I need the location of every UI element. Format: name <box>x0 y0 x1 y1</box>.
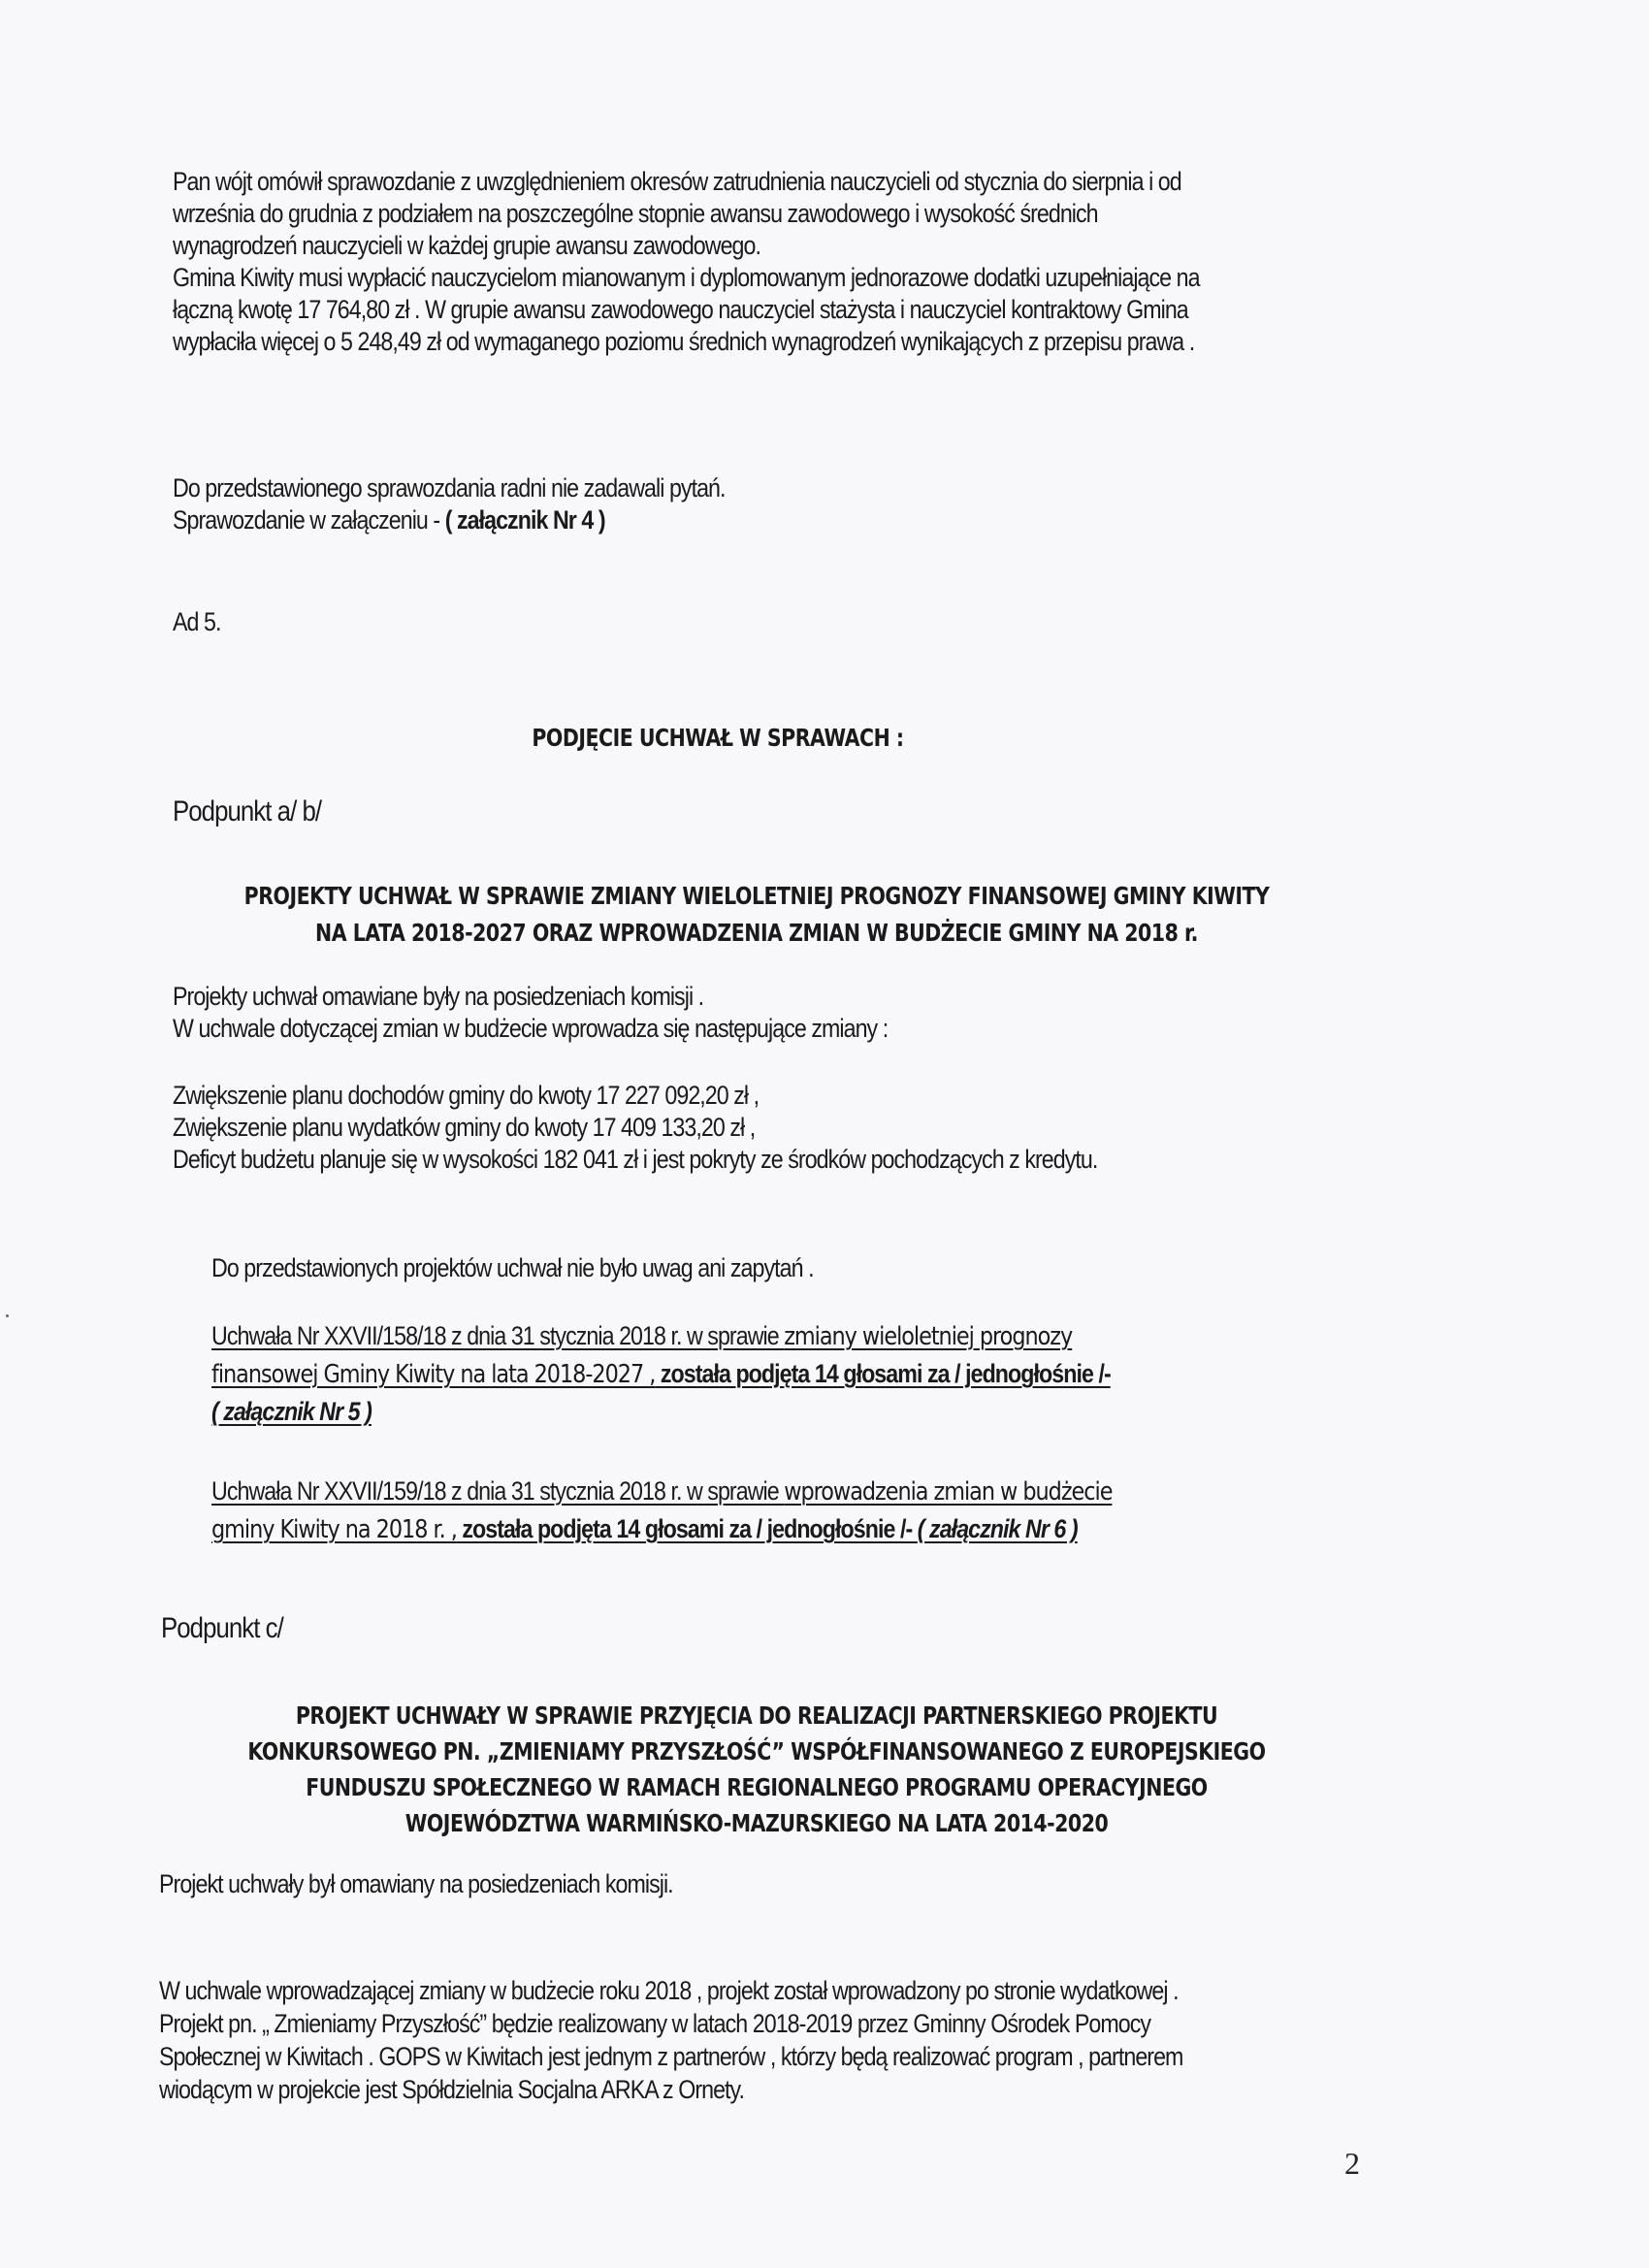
title-line: PROJEKTY UCHWAŁ W SPRAWIE ZMIANY WIELOLE… <box>240 878 1274 915</box>
page-number: 2 <box>1344 2146 1360 2182</box>
resolution-vote: została podjęta 14 głosami za / jednogło… <box>457 1514 918 1543</box>
text-line: Projekt uchwały był omawiany na posiedze… <box>159 1868 673 1900</box>
text-line: Do przedstawionych projektów uchwał nie … <box>211 1252 814 1284</box>
resolution-subject: gminy Kiwity na 2018 r. , <box>211 1515 457 1544</box>
text-line: września do grudnia z podziałem na poszc… <box>173 198 1200 230</box>
resolution-line: Uchwała Nr XXVII/158/18 z dnia 31 styczn… <box>211 1317 1111 1355</box>
budget-change-item: Deficyt budżetu planuje się w wysokości … <box>173 1144 1097 1176</box>
subpoint-c-details: W uchwale wprowadzającej zmiany w budżec… <box>159 1974 1182 2106</box>
title-line: NA LATA 2018-2027 ORAZ WPROWADZENIA ZMIA… <box>240 915 1274 952</box>
subpoint-c-title: PROJEKT UCHWAŁY W SPRAWIE PRZYJĘCIA DO R… <box>240 1698 1274 1841</box>
report-attachment-line: Sprawozdanie w załączeniu - ( załącznik … <box>173 504 726 536</box>
resolution-subject: wprowadzenia zmian w budżecie <box>784 1477 1112 1507</box>
text-line: W uchwale dotyczącej zmian w budżecie wp… <box>173 1013 888 1045</box>
subpoint-ab-title: PROJEKTY UCHWAŁ W SPRAWIE ZMIANY WIELOLE… <box>240 878 1274 952</box>
resolution-vote: została podjęta 14 głosami za / jednogło… <box>655 1359 1110 1388</box>
resolution-number: Uchwała Nr XXVII/159/18 z dnia 31 styczn… <box>211 1476 784 1506</box>
subpoint-label: Podpunkt a/ b/ <box>173 795 321 827</box>
resolution-number: Uchwała Nr XXVII/158/18 z dnia 31 styczn… <box>211 1321 784 1350</box>
text-line: wiodącym w projekcie jest Spółdzielnia S… <box>159 2073 1182 2106</box>
resolution-subject: finansowej Gminy Kiwity na lata 2018-202… <box>211 1360 655 1389</box>
scan-artifact <box>6 1314 9 1317</box>
resolution-158: Uchwała Nr XXVII/158/18 z dnia 31 styczn… <box>211 1317 1111 1430</box>
agenda-item-label: Ad 5. <box>173 606 220 638</box>
text-line: wynagrodzeń nauczycieli w każdej grupie … <box>173 230 1200 262</box>
budget-change-item: Zwiększenie planu wydatków gminy do kwot… <box>173 1112 1097 1144</box>
attachment-reference: ( załącznik Nr 4 ) <box>445 505 605 535</box>
title-line: WOJEWÓDZTWA WARMIŃSKO-MAZURSKIEGO NA LAT… <box>240 1805 1274 1841</box>
subpoint-label: Podpunkt c/ <box>161 1612 283 1644</box>
section-heading: PODJĘCIE UCHWAŁ W SPRAWACH : <box>447 722 988 755</box>
text-line: wypłaciła więcej o 5 248,49 zł od wymaga… <box>173 326 1200 358</box>
resolution-line: gminy Kiwity na 2018 r. , została podjęt… <box>211 1510 1112 1548</box>
title-line: KONKURSOWEGO PN. „ZMIENIAMY PRZYSZŁOŚĆ” … <box>240 1733 1274 1769</box>
subpoint-c-discussion: Projekt uchwały był omawiany na posiedze… <box>159 1868 673 1900</box>
budget-changes: Zwiększenie planu dochodów gminy do kwot… <box>173 1080 1097 1176</box>
report-attachment-prefix: Sprawozdanie w załączeniu - <box>173 505 445 535</box>
subpoint-ab-label: Podpunkt a/ b/ <box>173 795 321 827</box>
resolution-159: Uchwała Nr XXVII/159/18 z dnia 31 styczn… <box>211 1473 1112 1548</box>
attachment-reference: ( załącznik Nr 6 ) <box>918 1514 1078 1543</box>
attachment-reference: ( załącznik Nr 5 ) <box>211 1393 1111 1430</box>
text-line: W uchwale wprowadzającej zmiany w budżec… <box>159 1974 1182 2007</box>
no-remarks-note: Do przedstawionych projektów uchwał nie … <box>211 1252 814 1284</box>
resolution-subject: zmiany wieloletniej prognozy <box>784 1322 1072 1351</box>
subpoint-c-label: Podpunkt c/ <box>161 1612 283 1644</box>
text-line: łączną kwotę 17 764,80 zł . W grupie awa… <box>173 294 1200 326</box>
subpoint-ab-discussion: Projekty uchwał omawiane były na posiedz… <box>173 981 888 1045</box>
document-page: Pan wójt omówił sprawozdanie z uwzględni… <box>0 0 1649 2268</box>
ad-label: Ad 5. <box>173 606 220 638</box>
text-line: Społecznej w Kiwitach . GOPS w Kiwitach … <box>159 2040 1182 2073</box>
intro-paragraph: Pan wójt omówił sprawozdanie z uwzględni… <box>173 166 1200 358</box>
title-line: PROJEKT UCHWAŁY W SPRAWIE PRZYJĘCIA DO R… <box>240 1698 1274 1733</box>
report-note: Do przedstawionego sprawozdania radni ni… <box>173 472 726 536</box>
budget-change-item: Zwiększenie planu dochodów gminy do kwot… <box>173 1080 1097 1112</box>
text-line: Gmina Kiwity musi wypłacić nauczycielom … <box>173 262 1200 294</box>
resolution-line: Uchwała Nr XXVII/159/18 z dnia 31 styczn… <box>211 1473 1112 1510</box>
questions-note: Do przedstawionego sprawozdania radni ni… <box>173 472 726 504</box>
text-line: Projekt pn. „ Zmieniamy Przyszłość” będz… <box>159 2007 1182 2040</box>
text-line: Pan wójt omówił sprawozdanie z uwzględni… <box>173 166 1200 198</box>
text-line: Projekty uchwał omawiane były na posiedz… <box>173 981 888 1013</box>
title-line: FUNDUSZU SPOŁECZNEGO W RAMACH REGIONALNE… <box>240 1769 1274 1805</box>
resolution-line: finansowej Gminy Kiwity na lata 2018-202… <box>211 1355 1111 1393</box>
